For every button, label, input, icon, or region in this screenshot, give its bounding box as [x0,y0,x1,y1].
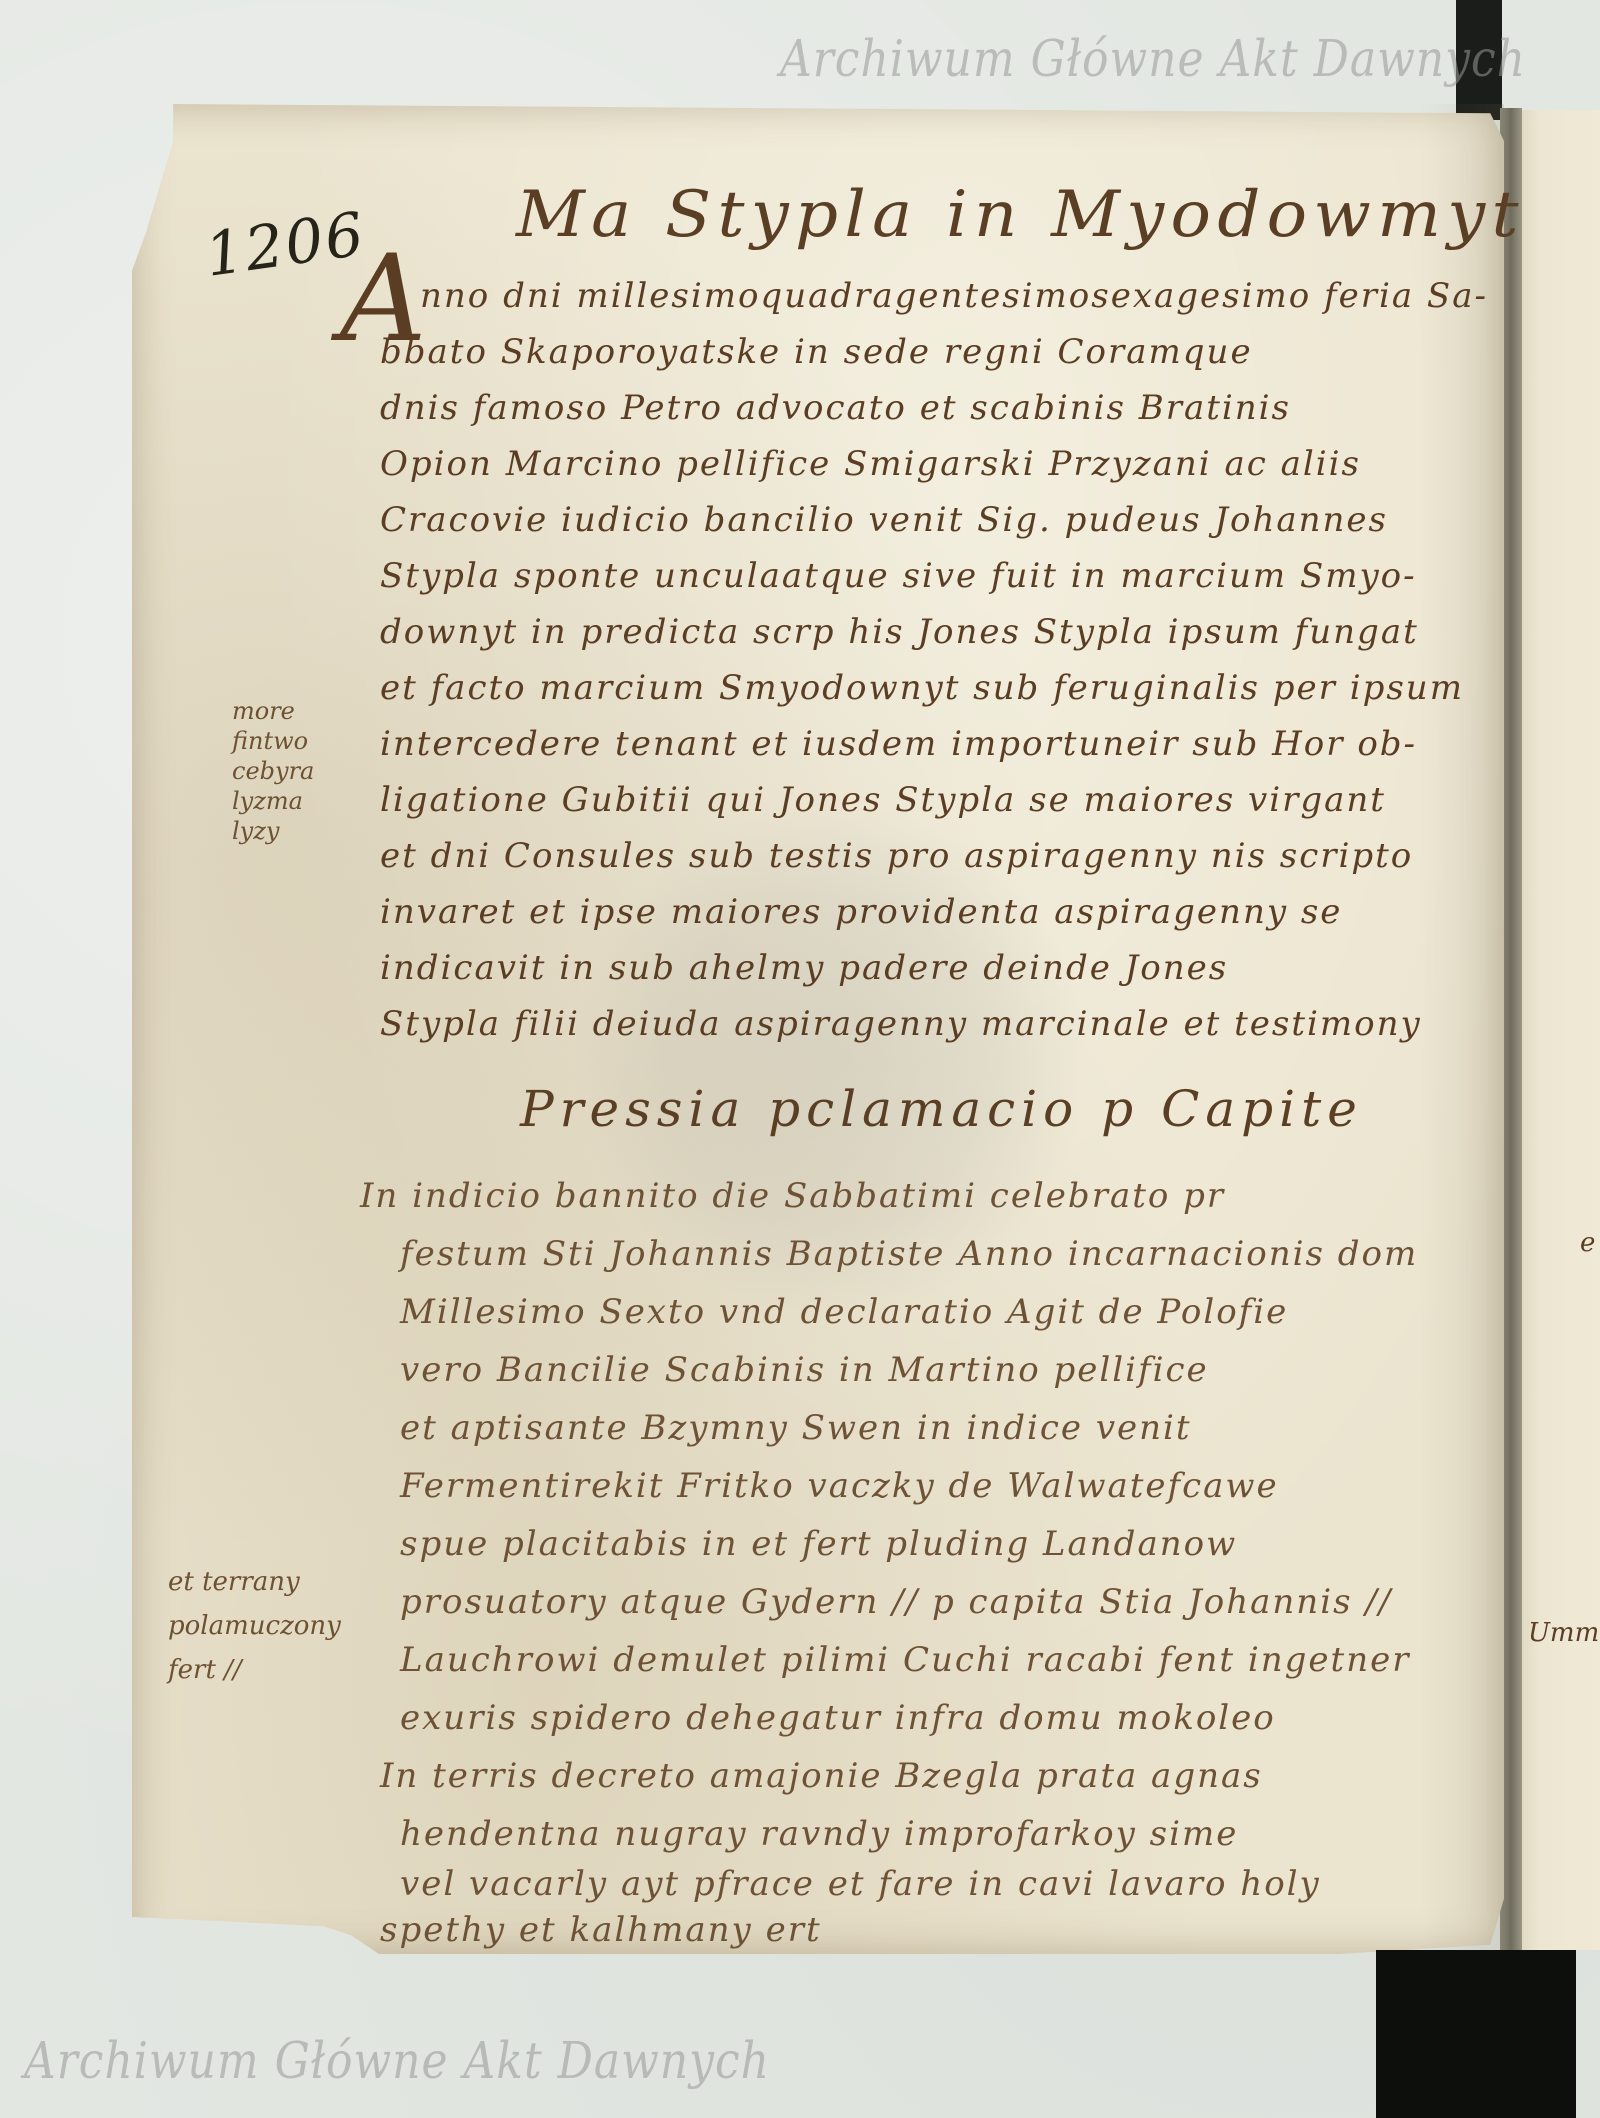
entry-1-line: Cracovie iudicio bancilio venit Sig. pud… [380,500,1388,540]
entry-1-line: ligatione Gubitii qui Jones Stypla se ma… [380,780,1386,820]
watermark-bottom: Archiwum Główne Akt Dawnych [24,2032,770,2091]
entry-1-line: et dni Consules sub testis pro aspiragen… [380,836,1413,876]
entry-1-line: Opion Marcino pellifice Smigarski Przyza… [380,444,1361,484]
entry-1-margin-note: more fintwo cebyra lyzma lyzy [232,696,314,846]
entry-1-line: Stypla sponte unculaatque sive fuit in m… [380,556,1417,596]
entry-2-line: Lauchrowi demulet pilimi Cuchi racabi fe… [400,1640,1410,1680]
entry-2-heading: Pressia pclamacio p Capite [520,1080,1363,1138]
facing-page-note: Ummi [1528,1618,1600,1648]
entry-2-line: Fermentirekit Fritko vaczky de Walwatefc… [400,1466,1279,1506]
entry-1-line: indicavit in sub ahelmy padere deinde Jo… [380,948,1228,988]
entry-2-line: vero Bancilie Scabinis in Martino pellif… [400,1350,1209,1390]
entry-2-line: et aptisante Bzymny Swen in indice venit [400,1408,1192,1448]
entry-1-heading: Ma Stypla in Myodowmyt [516,178,1525,252]
entry-1-line: intercedere tenant et iusdem importuneir… [380,724,1417,764]
entry-1-line: Stypla filii deiuda aspiragenny marcinal… [380,1004,1422,1044]
entry-2-line: In terris decreto amajonie Bzegla prata … [380,1756,1263,1796]
entry-2-line: hendentna nugray ravndy improfarkoy sime [400,1814,1238,1854]
entry-1-line: dnis famoso Petro advocato et scabinis B… [380,388,1291,428]
entry-1-line: nno dni millesimoquadragentesimosexagesi… [420,276,1488,316]
entry-2-line: spue placitabis in et fert pluding Landa… [400,1524,1237,1564]
entry-2-margin-note: et terrany polamuczony fert // [168,1560,341,1692]
scanner-black-strip-bottom [1376,1950,1576,2118]
entry-1-line: et facto marcium Smyodownyt sub ferugina… [380,668,1464,708]
facing-page [1512,110,1600,1950]
entry-1-line: bbato Skaporoyatske in sede regni Coramq… [380,332,1253,372]
facing-page-fragment: e [1580,1228,1595,1258]
entry-2-line: spethy et kalhmany ert [380,1910,822,1950]
entry-2-line: vel vacarly ayt pfrace et fare in cavi l… [400,1864,1321,1904]
entry-2-line: festum Sti Johannis Baptiste Anno incarn… [400,1234,1418,1274]
entry-1-line: downyt in predicta scrp his Jones Stypla… [380,612,1419,652]
page-edge-shadow [1420,104,1504,1954]
entry-2-line: prosuatory atque Gydern // p capita Stia… [400,1582,1392,1622]
watermark-top: Archiwum Główne Akt Dawnych [780,30,1526,89]
entry-2-line: exuris spidero dehegatur infra domu moko… [400,1698,1276,1738]
entry-1-line: invaret et ipse maiores providenta aspir… [380,892,1342,932]
entry-2-line: In indicio bannito die Sabbatimi celebra… [360,1176,1225,1216]
entry-2-line: Millesimo Sexto vnd declaratio Agit de P… [400,1292,1288,1332]
